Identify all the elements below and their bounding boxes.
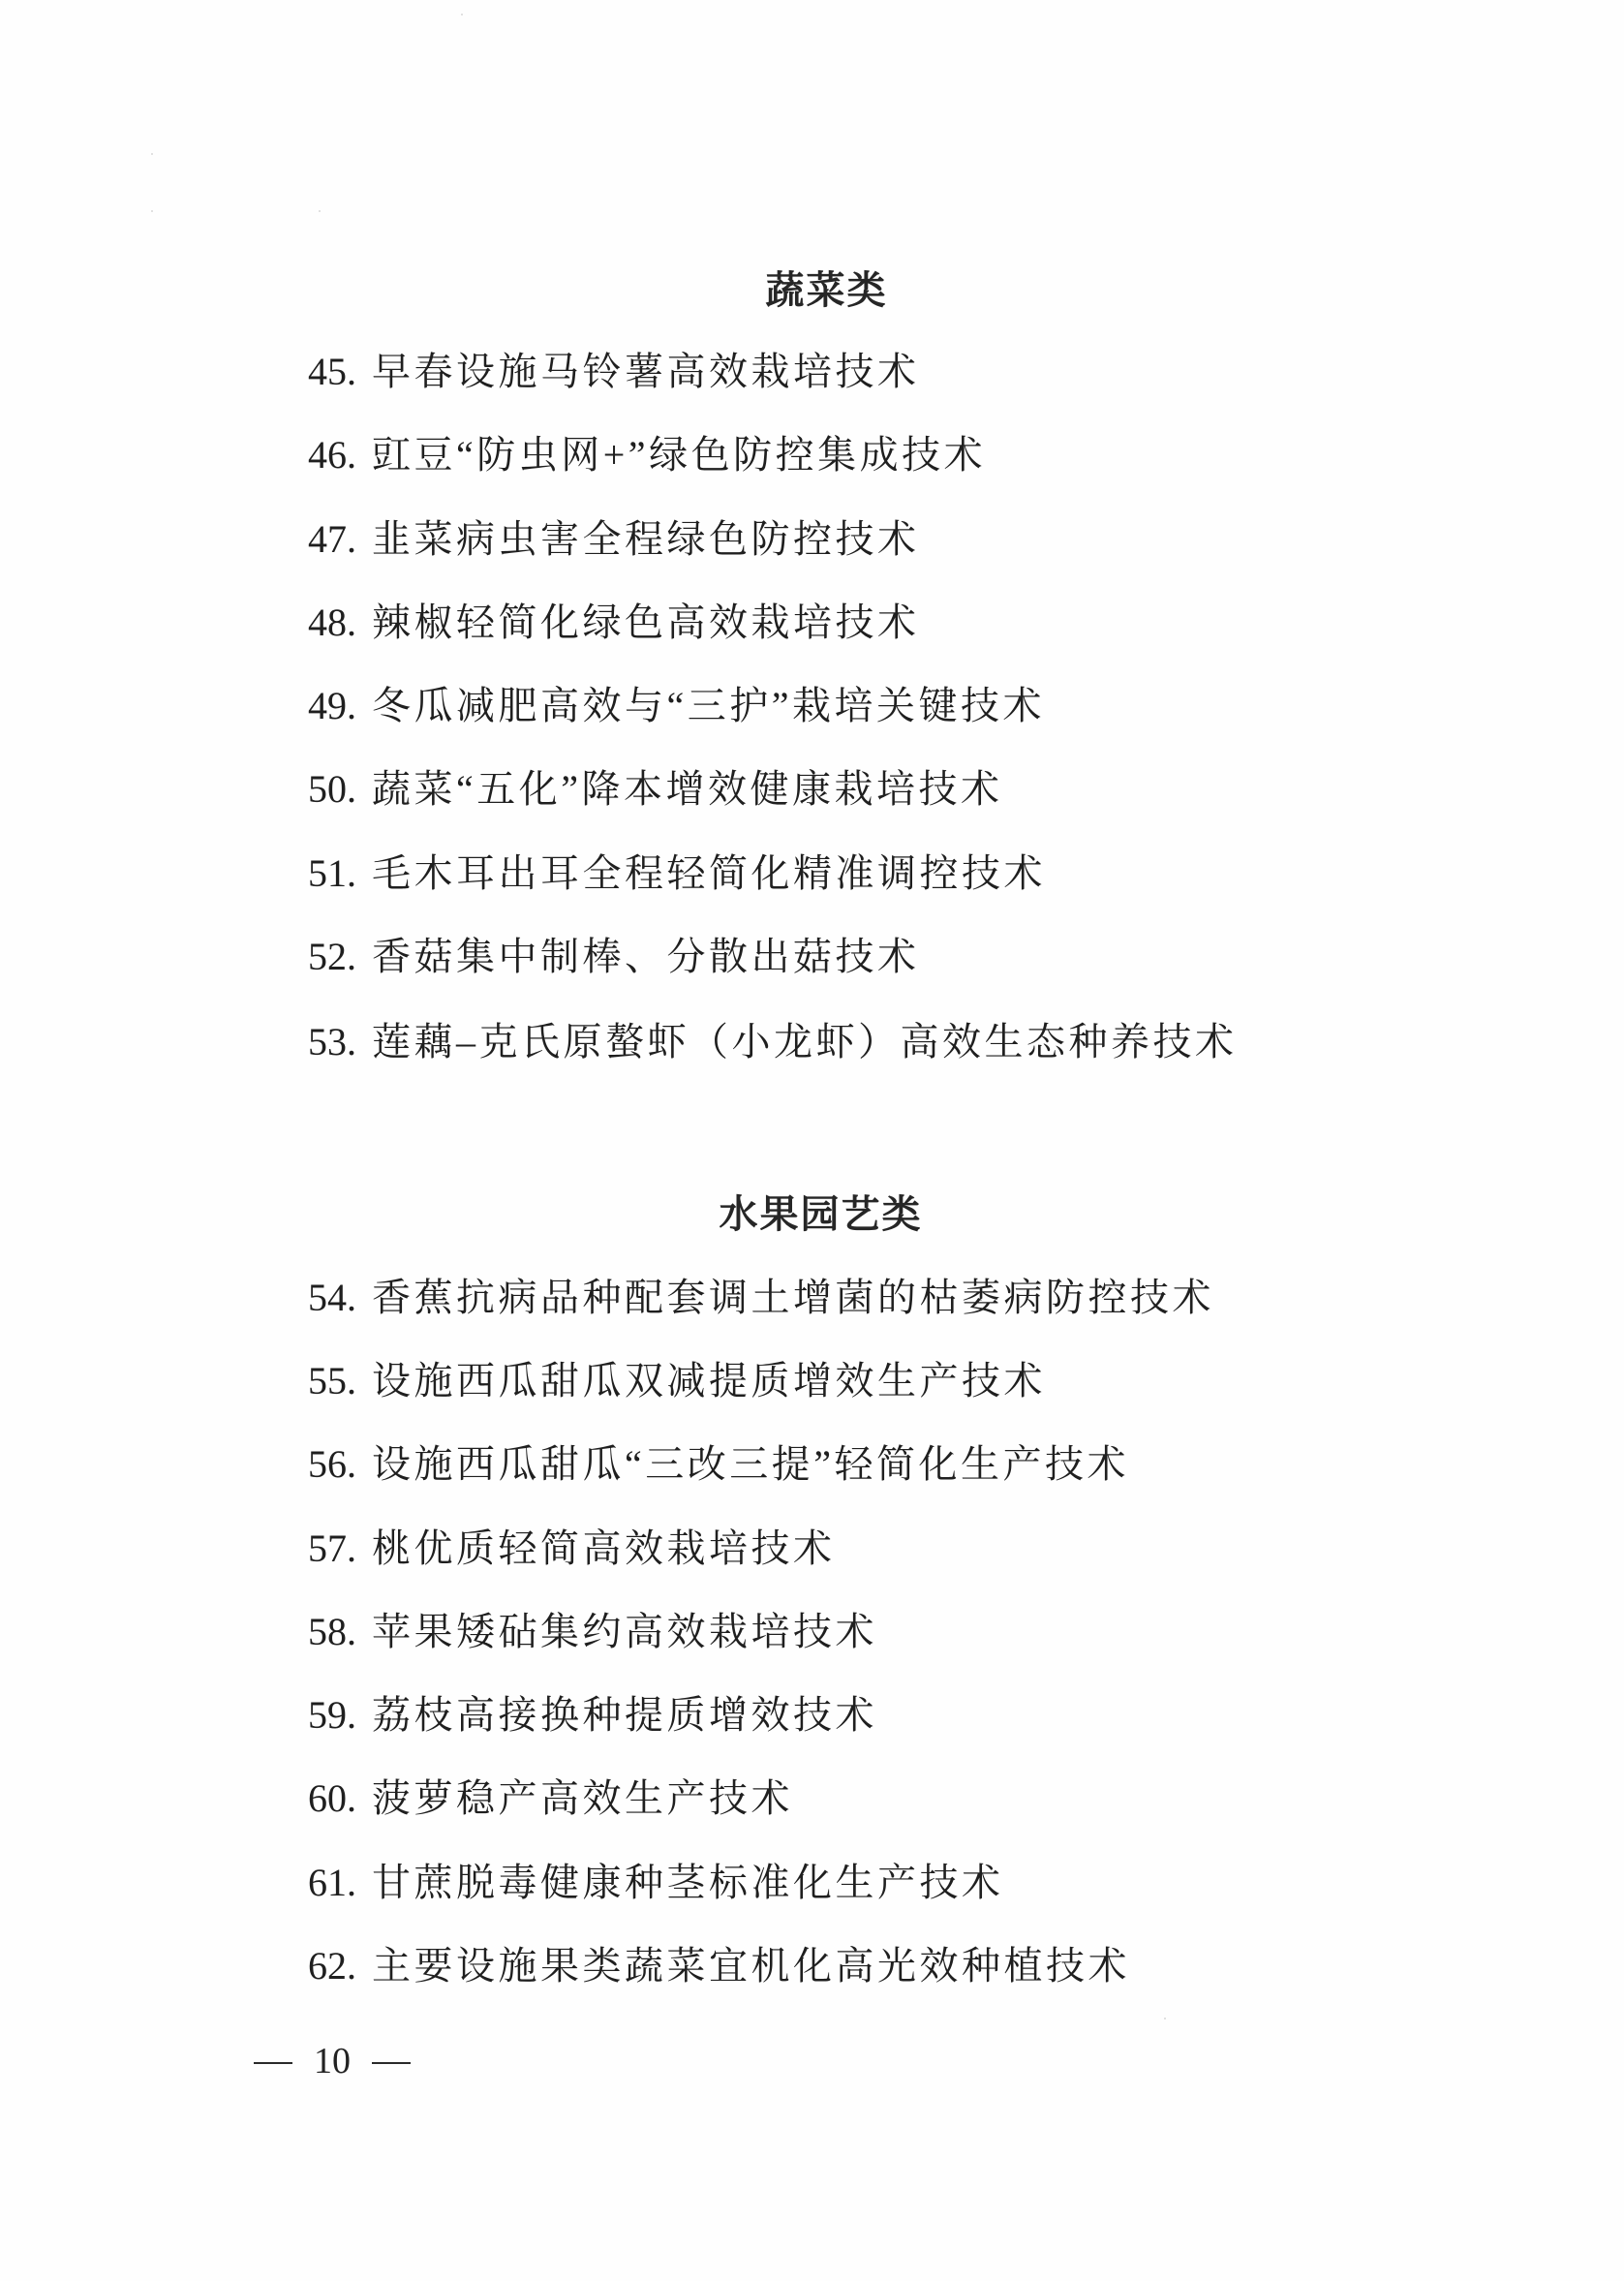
list-item: 60.菠萝稳产高效生产技术: [308, 1775, 793, 1822]
list-item: 61.甘蔗脱毒健康种茎标准化生产技术: [308, 1860, 1004, 1906]
list-item: 59.荔枝高接换种提质增效技术: [308, 1692, 877, 1739]
item-number: 55.: [308, 1358, 372, 1404]
item-text: 毛木耳出耳全程轻简化精准调控技术: [372, 851, 1046, 895]
item-text: 桃优质轻简高效栽培技术: [372, 1526, 836, 1570]
item-text: 早春设施马铃薯高效栽培技术: [372, 350, 920, 393]
page-number-right-dash: [372, 2062, 411, 2064]
item-number: 48.: [308, 600, 372, 646]
scan-speck: [319, 210, 321, 212]
item-text: 香菇集中制棒、分散出菇技术: [372, 935, 920, 978]
item-number: 45.: [308, 349, 372, 395]
item-number: 52.: [308, 934, 372, 980]
item-text: 苹果矮砧集约高效栽培技术: [372, 1610, 877, 1653]
document-page: 蔬菜类 45.早春设施马铃薯高效栽培技术 46.豇豆“防虫网+”绿色防控集成技术…: [0, 0, 1624, 2281]
item-number: 49.: [308, 683, 372, 729]
list-item: 62.主要设施果类蔬菜宜机化高光效种植技术: [308, 1943, 1130, 1989]
section-heading-vegetables: 蔬菜类: [0, 267, 1624, 314]
item-number: 58.: [308, 1609, 372, 1655]
list-item: 46.豇豆“防虫网+”绿色防控集成技术: [308, 432, 986, 478]
item-number: 47.: [308, 516, 372, 563]
item-number: 46.: [308, 432, 372, 478]
scan-speck: [1164, 2018, 1166, 2019]
item-text: 设施西瓜甜瓜双减提质增效生产技术: [372, 1359, 1046, 1403]
item-number: 59.: [308, 1692, 372, 1739]
item-number: 56.: [308, 1441, 372, 1488]
item-number: 50.: [308, 766, 372, 813]
list-item: 53.莲藕–克氏原螯虾（小龙虾）高效生态种养技术: [308, 1019, 1238, 1065]
page-number: 10: [254, 2038, 411, 2084]
item-text: 设施西瓜甜瓜“三改三提”轻简化生产技术: [372, 1442, 1129, 1486]
item-text: 甘蔗脱毒健康种茎标准化生产技术: [372, 1861, 1004, 1904]
item-number: 53.: [308, 1019, 372, 1065]
list-item: 58.苹果矮砧集约高效栽培技术: [308, 1609, 877, 1655]
item-number: 57.: [308, 1526, 372, 1572]
list-item: 51.毛木耳出耳全程轻简化精准调控技术: [308, 850, 1046, 897]
item-number: 51.: [308, 850, 372, 897]
list-item: 52.香菇集中制棒、分散出菇技术: [308, 934, 920, 980]
list-item: 55.设施西瓜甜瓜双减提质增效生产技术: [308, 1358, 1046, 1404]
item-text: 豇豆“防虫网+”绿色防控集成技术: [372, 433, 986, 477]
item-number: 54.: [308, 1275, 372, 1321]
list-item: 48.辣椒轻简化绿色高效栽培技术: [308, 600, 920, 646]
item-text: 蔬菜“五化”降本增效健康栽培技术: [372, 767, 1003, 811]
scan-speck: [461, 14, 463, 15]
list-item: 49.冬瓜减肥高效与“三护”栽培关键技术: [308, 683, 1045, 729]
list-item: 56.设施西瓜甜瓜“三改三提”轻简化生产技术: [308, 1441, 1129, 1488]
scan-speck: [151, 210, 153, 212]
list-item: 45.早春设施马铃薯高效栽培技术: [308, 349, 920, 395]
page-number-value: 10: [292, 2038, 372, 2084]
item-number: 61.: [308, 1860, 372, 1906]
list-item: 57.桃优质轻简高效栽培技术: [308, 1526, 836, 1572]
item-text: 主要设施果类蔬菜宜机化高光效种植技术: [372, 1944, 1130, 1988]
item-text: 莲藕–克氏原螯虾（小龙虾）高效生态种养技术: [372, 1020, 1238, 1063]
item-text: 荔枝高接换种提质增效技术: [372, 1693, 877, 1737]
item-number: 60.: [308, 1775, 372, 1822]
list-item: 47.韭菜病虫害全程绿色防控技术: [308, 516, 920, 563]
scan-speck: [151, 153, 153, 155]
list-item: 54.香蕉抗病品种配套调土增菌的枯萎病防控技术: [308, 1275, 1214, 1321]
page-number-left-dash: [254, 2062, 292, 2064]
item-text: 韭菜病虫害全程绿色防控技术: [372, 517, 920, 561]
item-number: 62.: [308, 1943, 372, 1989]
item-text: 辣椒轻简化绿色高效栽培技术: [372, 601, 920, 644]
section-heading-fruit-horticulture: 水果园艺类: [0, 1191, 1624, 1238]
item-text: 香蕉抗病品种配套调土增菌的枯萎病防控技术: [372, 1276, 1214, 1319]
item-text: 冬瓜减肥高效与“三护”栽培关键技术: [372, 684, 1045, 727]
item-text: 菠萝稳产高效生产技术: [372, 1776, 793, 1820]
list-item: 50.蔬菜“五化”降本增效健康栽培技术: [308, 766, 1003, 813]
